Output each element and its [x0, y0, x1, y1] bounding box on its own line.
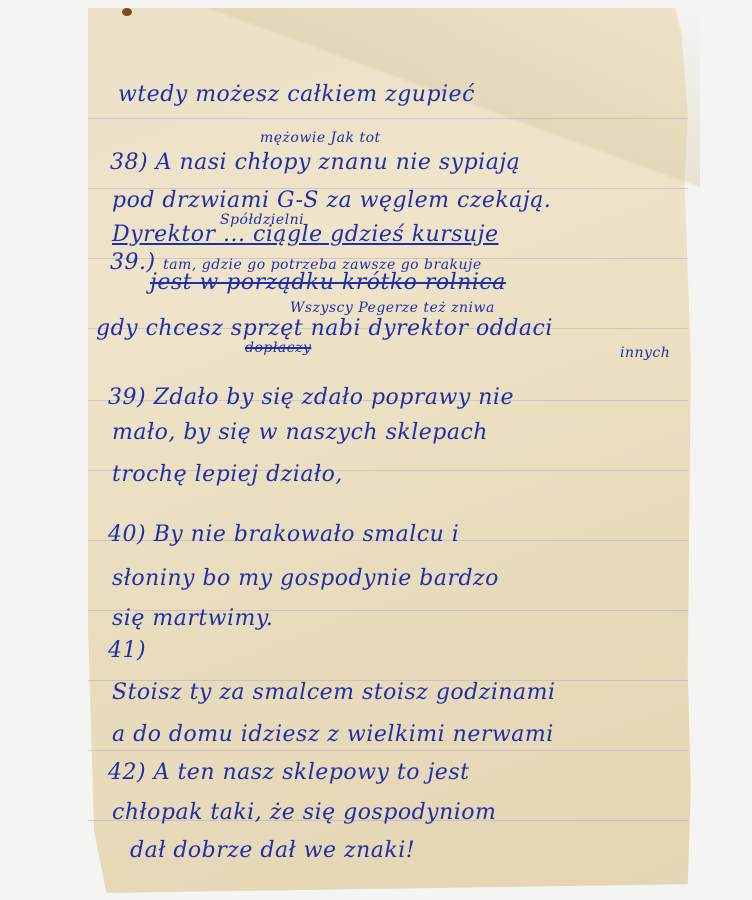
handwritten-line: 39) Zdało by się zdało poprawy nie: [108, 385, 514, 410]
handwritten-line: mało, by się w naszych sklepach: [112, 420, 488, 445]
handwritten-line: trochę lepiej działo,: [112, 462, 343, 487]
handwritten-line: wtedy możesz całkiem zgupieć: [118, 82, 475, 107]
handwritten-line: a do domu idziesz z wielkimi nerwami: [112, 722, 554, 747]
struck-line: jest w porządku krótko rolnica: [150, 270, 506, 295]
item-number: 40): [108, 522, 146, 547]
struck-annotation: dopłaczy: [245, 340, 311, 356]
item-number: 39.): [110, 250, 156, 275]
handwritten-line: dał dobrze dał we znaki!: [130, 838, 415, 863]
handwritten-line: pod drzwiami G-S za węglem czekają.: [112, 188, 551, 213]
item-number: 42): [108, 760, 146, 785]
ruled-line: [88, 750, 688, 751]
ruled-line: [88, 118, 688, 119]
margin-note: innych: [620, 345, 670, 361]
handwritten-line: 40) By nie brakowało smalcu i: [108, 522, 459, 547]
handwritten-line: Dyrektor ... ciągle gdzieś kursuje: [112, 222, 499, 247]
item-number: 39): [108, 385, 146, 410]
handwritten-line: słoniny bo my gospodynie bardzo: [112, 566, 499, 591]
handwritten-line: gdy chcesz sprzęt nabi dyrektor oddaci: [96, 316, 553, 341]
handwritten-line: 42) A ten nasz sklepowy to jest: [108, 760, 469, 785]
handwritten-line: 38) A nasi chłopy znanu nie sypiają: [110, 150, 520, 175]
handwritten-line: się martwimy.: [112, 606, 273, 631]
handwritten-line: chłopak taki, że się gospodyniom: [112, 800, 496, 825]
ink-stain: [122, 8, 132, 16]
item-number: 41): [108, 638, 146, 663]
item-number: 38): [110, 150, 148, 175]
handwritten-insertion: Wszyscy Pegerze też zniwa: [290, 300, 495, 316]
handwritten-line: Stoisz ty za smalcem stoisz godzinami: [112, 680, 556, 705]
handwritten-insertion: mężowie Jak tot: [260, 130, 381, 146]
